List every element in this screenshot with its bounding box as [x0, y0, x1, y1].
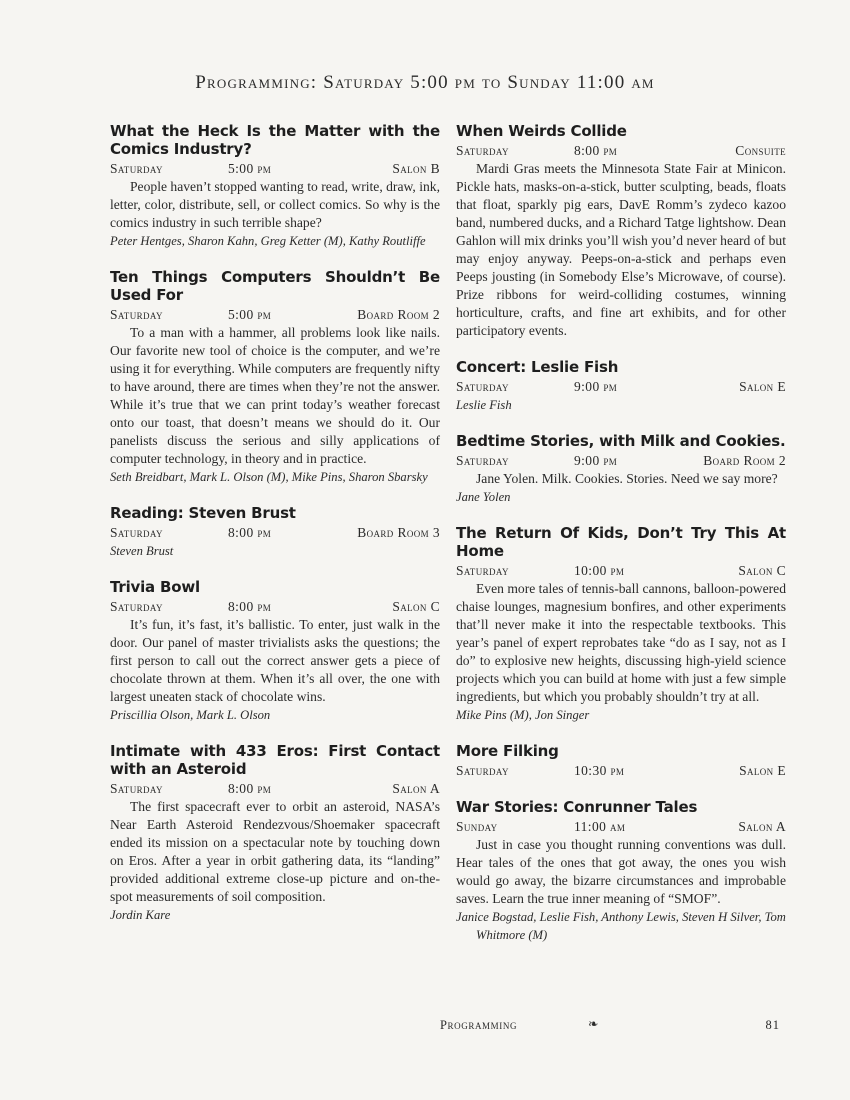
- event-room: Salon E: [739, 378, 786, 396]
- event-meta: Saturday 9:00 pm Salon E: [456, 378, 786, 396]
- event-time: 9:00 pm: [566, 452, 703, 470]
- event-room: Salon A: [392, 780, 440, 798]
- event-time: 8:00 pm: [220, 780, 392, 798]
- event-title: Ten Things Computers Shouldn’t Be Used F…: [110, 268, 440, 304]
- event-room: Board Room 2: [357, 306, 440, 324]
- event-time: 8:00 pm: [220, 598, 392, 616]
- event-panelists: Jordin Kare: [110, 906, 440, 924]
- event-meta: Saturday 10:30 pm Salon E: [456, 762, 786, 780]
- event-title: When Weirds Collide: [456, 122, 786, 140]
- event-day: Saturday: [110, 524, 220, 542]
- event-room: Salon B: [392, 160, 440, 178]
- event-day: Saturday: [456, 452, 566, 470]
- event-title: War Stories: Conrunner Tales: [456, 798, 786, 816]
- event-433-eros: Intimate with 433 Eros: First Contact wi…: [110, 742, 440, 924]
- event-room: Salon E: [739, 762, 786, 780]
- event-title: Trivia Bowl: [110, 578, 440, 596]
- event-title: More Filking: [456, 742, 786, 760]
- event-panelists: Steven Brust: [110, 542, 440, 560]
- event-title: Concert: Leslie Fish: [456, 358, 786, 376]
- event-meta: Saturday 8:00 pm Salon C: [110, 598, 440, 616]
- event-panelists: Mike Pins (M), Jon Singer: [456, 706, 786, 724]
- event-title: Bedtime Stories, with Milk and Cookies.: [456, 432, 786, 450]
- event-day: Sunday: [456, 818, 566, 836]
- event-room: Salon C: [392, 598, 440, 616]
- event-concert-leslie-fish: Concert: Leslie Fish Saturday 9:00 pm Sa…: [456, 358, 786, 414]
- event-room: Salon A: [738, 818, 786, 836]
- event-meta: Saturday 5:00 pm Salon B: [110, 160, 440, 178]
- event-day: Saturday: [456, 562, 566, 580]
- event-room: Salon C: [738, 562, 786, 580]
- event-title: What the Heck Is the Matter with the Com…: [110, 122, 440, 158]
- event-time: 10:00 pm: [566, 562, 738, 580]
- event-meta: Saturday 9:00 pm Board Room 2: [456, 452, 786, 470]
- event-time: 5:00 pm: [220, 306, 357, 324]
- event-trivia-bowl: Trivia Bowl Saturday 8:00 pm Salon C It’…: [110, 578, 440, 724]
- event-time: 8:00 pm: [220, 524, 357, 542]
- event-description: Jane Yolen. Milk. Cookies. Stories. Need…: [456, 470, 786, 488]
- event-day: Saturday: [110, 780, 220, 798]
- page-number: 81: [766, 1018, 781, 1033]
- event-meta: Saturday 10:00 pm Salon C: [456, 562, 786, 580]
- event-day: Saturday: [456, 378, 566, 396]
- event-time: 9:00 pm: [566, 378, 739, 396]
- event-panelists: Jane Yolen: [456, 488, 786, 506]
- event-time: 10:30 pm: [566, 762, 739, 780]
- event-panelists: Seth Breidbart, Mark L. Olson (M), Mike …: [110, 468, 440, 486]
- event-reading-steven-brust: Reading: Steven Brust Saturday 8:00 pm B…: [110, 504, 440, 560]
- event-day: Saturday: [110, 598, 220, 616]
- event-room: Consuite: [735, 142, 786, 160]
- event-panelists: Priscillia Olson, Mark L. Olson: [110, 706, 440, 724]
- event-title: Reading: Steven Brust: [110, 504, 440, 522]
- event-description: Even more tales of tennis-ball cannons, …: [456, 580, 786, 706]
- event-description: Mardi Gras meets the Minnesota State Fai…: [456, 160, 786, 340]
- lizard-ornament-icon: ❧: [588, 1016, 598, 1032]
- left-column: What the Heck Is the Matter with the Com…: [110, 122, 440, 942]
- event-war-stories: War Stories: Conrunner Tales Sunday 11:0…: [456, 798, 786, 944]
- event-bedtime-stories: Bedtime Stories, with Milk and Cookies. …: [456, 432, 786, 506]
- event-time: 5:00 pm: [220, 160, 392, 178]
- event-comics-industry: What the Heck Is the Matter with the Com…: [110, 122, 440, 250]
- event-time: 8:00 pm: [566, 142, 735, 160]
- event-day: Saturday: [456, 762, 566, 780]
- event-day: Saturday: [110, 306, 220, 324]
- event-more-filking: More Filking Saturday 10:30 pm Salon E: [456, 742, 786, 780]
- event-description: People haven’t stopped wanting to read, …: [110, 178, 440, 232]
- page-title: Programming: Saturday 5:00 pm to Sunday …: [0, 72, 850, 94]
- right-column: When Weirds Collide Saturday 8:00 pm Con…: [456, 122, 786, 962]
- event-panelists: Janice Bogstad, Leslie Fish, Anthony Lew…: [456, 908, 786, 944]
- event-room: Board Room 2: [703, 452, 786, 470]
- event-meta: Saturday 5:00 pm Board Room 2: [110, 306, 440, 324]
- event-title: Intimate with 433 Eros: First Contact wi…: [110, 742, 440, 778]
- event-description: The first spacecraft ever to orbit an as…: [110, 798, 440, 906]
- event-when-weirds-collide: When Weirds Collide Saturday 8:00 pm Con…: [456, 122, 786, 340]
- footer-section-name: Programming: [440, 1018, 517, 1033]
- event-description: To a man with a hammer, all problems loo…: [110, 324, 440, 468]
- event-day: Saturday: [456, 142, 566, 160]
- event-meta: Saturday 8:00 pm Salon A: [110, 780, 440, 798]
- event-panelists: Leslie Fish: [456, 396, 786, 414]
- event-meta: Sunday 11:00 am Salon A: [456, 818, 786, 836]
- event-ten-things-computers: Ten Things Computers Shouldn’t Be Used F…: [110, 268, 440, 486]
- event-panelists: Peter Hentges, Sharon Kahn, Greg Ketter …: [110, 232, 440, 250]
- event-day: Saturday: [110, 160, 220, 178]
- event-description: Just in case you thought running convent…: [456, 836, 786, 908]
- event-room: Board Room 3: [357, 524, 440, 542]
- event-return-of-kids: The Return Of Kids, Don’t Try This At Ho…: [456, 524, 786, 724]
- event-time: 11:00 am: [566, 818, 738, 836]
- event-title: The Return Of Kids, Don’t Try This At Ho…: [456, 524, 786, 560]
- event-meta: Saturday 8:00 pm Consuite: [456, 142, 786, 160]
- event-description: It’s fun, it’s fast, it’s ballistic. To …: [110, 616, 440, 706]
- event-meta: Saturday 8:00 pm Board Room 3: [110, 524, 440, 542]
